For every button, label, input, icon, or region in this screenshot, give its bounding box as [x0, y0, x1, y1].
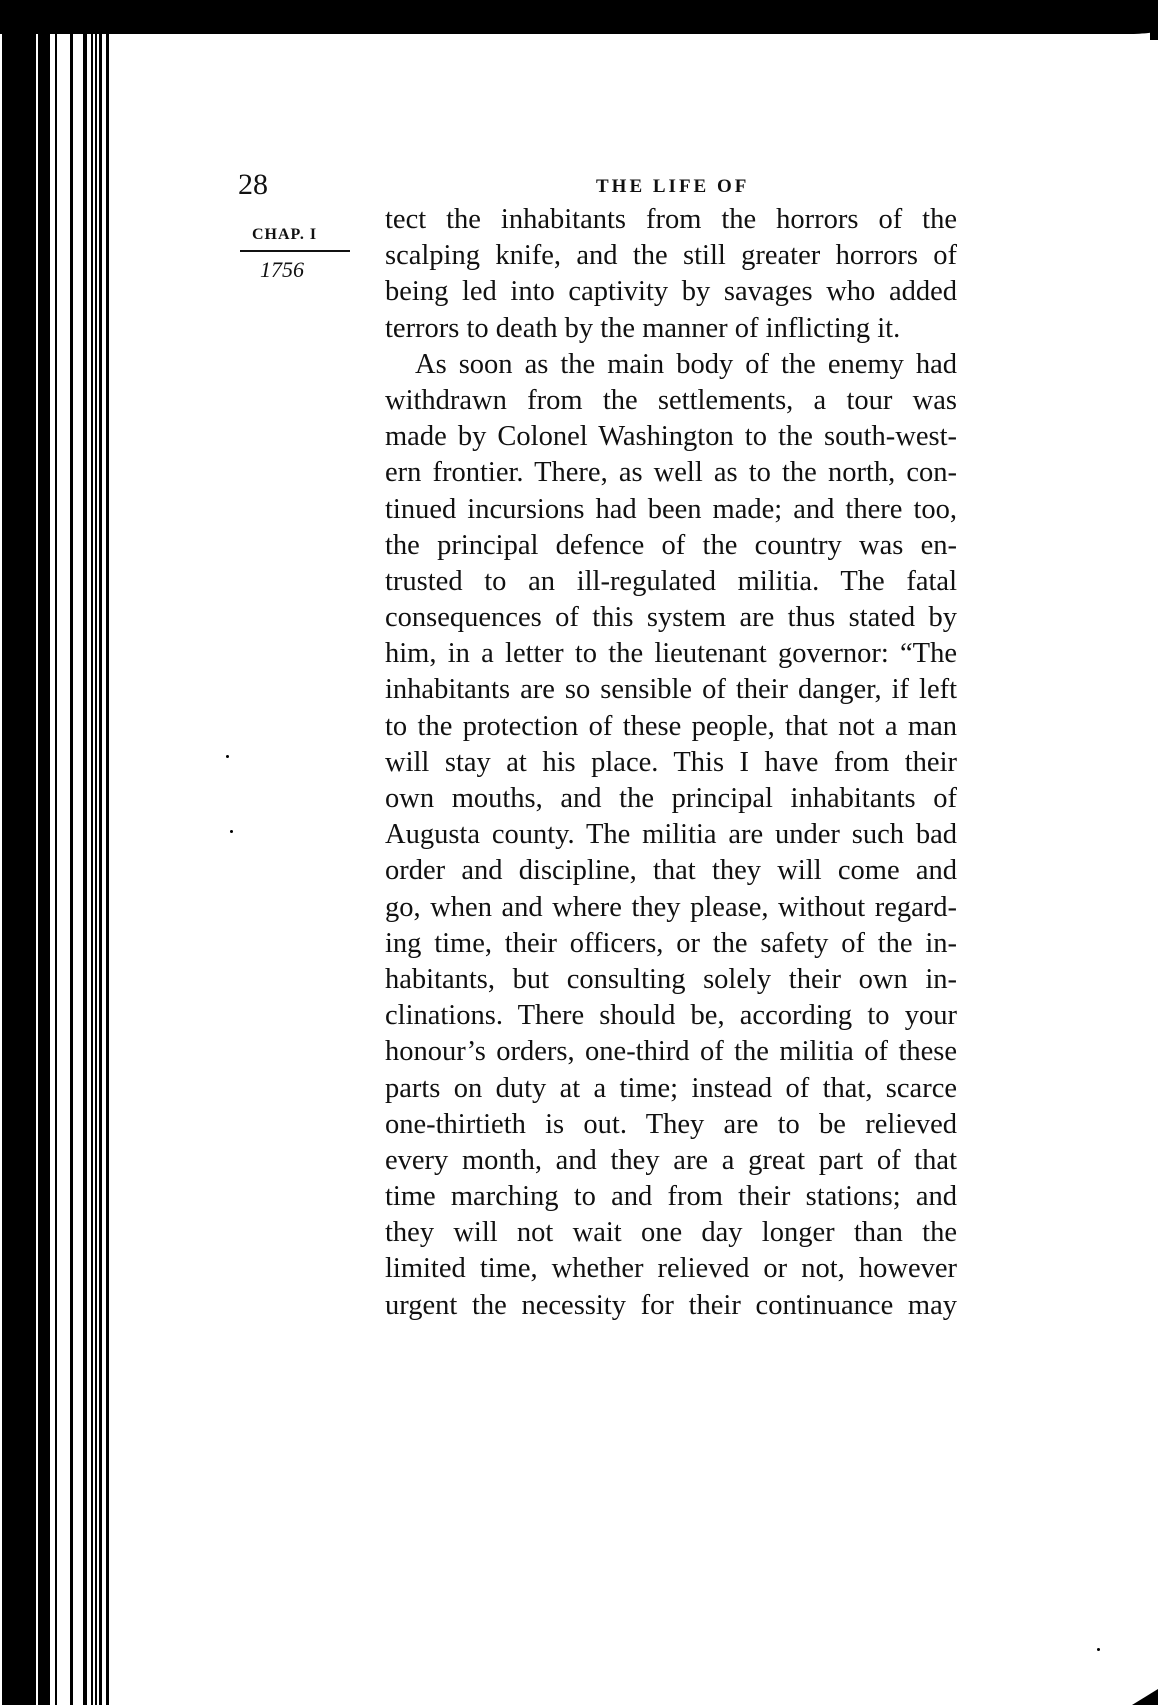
text-line: terrors to death by the manner of inflic… [385, 311, 957, 347]
text-line: made by Colonel Washington to the south-… [385, 419, 957, 455]
text-line: Augusta county. The militia are under su… [385, 817, 957, 853]
year-label: 1756 [240, 258, 358, 282]
margin-rule [240, 250, 350, 252]
scan-speck [230, 830, 233, 833]
text-line: As soon as the main body of the enemy ha… [385, 347, 957, 383]
text-line: tinued incursions had been made; and the… [385, 492, 957, 528]
text-line: trusted to an ill-regulated militia. The… [385, 564, 957, 600]
text-line: tect the inhabitants from the horrors of… [385, 202, 957, 238]
body-text: tect the inhabitants from the horrors of… [385, 202, 957, 1324]
text-line: being led into captivity by savages who … [385, 274, 957, 310]
text-line: limited time, whether relieved or not, h… [385, 1251, 957, 1287]
text-line: ern frontier. There, as well as to the n… [385, 455, 957, 491]
text-line: honour’s orders, one-third of the militi… [385, 1034, 957, 1070]
text-line: the principal defence of the country was… [385, 528, 957, 564]
text-line: one-thirtieth is out. They are to be rel… [385, 1107, 957, 1143]
text-line: inhabitants are so sensible of their dan… [385, 672, 957, 708]
text-line: to the protection of these people, that … [385, 709, 957, 745]
page-number: 28 [238, 168, 268, 202]
text-line: habitants, but consulting solely their o… [385, 962, 957, 998]
chapter-label: CHAP. I [240, 222, 358, 248]
text-line: time marching to and from their stations… [385, 1179, 957, 1215]
scan-gutter-binding [0, 0, 120, 1705]
text-line: urgent the necessity for their continuan… [385, 1288, 957, 1324]
scan-edge-top [0, 0, 1158, 34]
text-line: withdrawn from the settlements, a tour w… [385, 383, 957, 419]
scan-speck [226, 755, 229, 758]
margin-note: CHAP. I 1756 [240, 222, 358, 282]
scan-speck [1097, 1648, 1100, 1651]
text-line: own mouths, and the principal inhabitant… [385, 781, 957, 817]
text-line: clinations. There should be, according t… [385, 998, 957, 1034]
text-line: they will not wait one day longer than t… [385, 1215, 957, 1251]
text-line: every month, and they are a great part o… [385, 1143, 957, 1179]
text-line: go, when and where they please, without … [385, 890, 957, 926]
text-line: him, in a letter to the lieutenant gover… [385, 636, 957, 672]
text-line: order and discipline, that they will com… [385, 853, 957, 889]
text-line: will stay at his place. This I have from… [385, 745, 957, 781]
running-head-title: THE LIFE OF [596, 176, 749, 198]
text-line: consequences of this system are thus sta… [385, 600, 957, 636]
text-line: scalping knife, and the still greater ho… [385, 238, 957, 274]
text-line: parts on duty at a time; instead of that… [385, 1071, 957, 1107]
scan-corner-artifact [1132, 1689, 1158, 1705]
text-line: ing time, their officers, or the safety … [385, 926, 957, 962]
